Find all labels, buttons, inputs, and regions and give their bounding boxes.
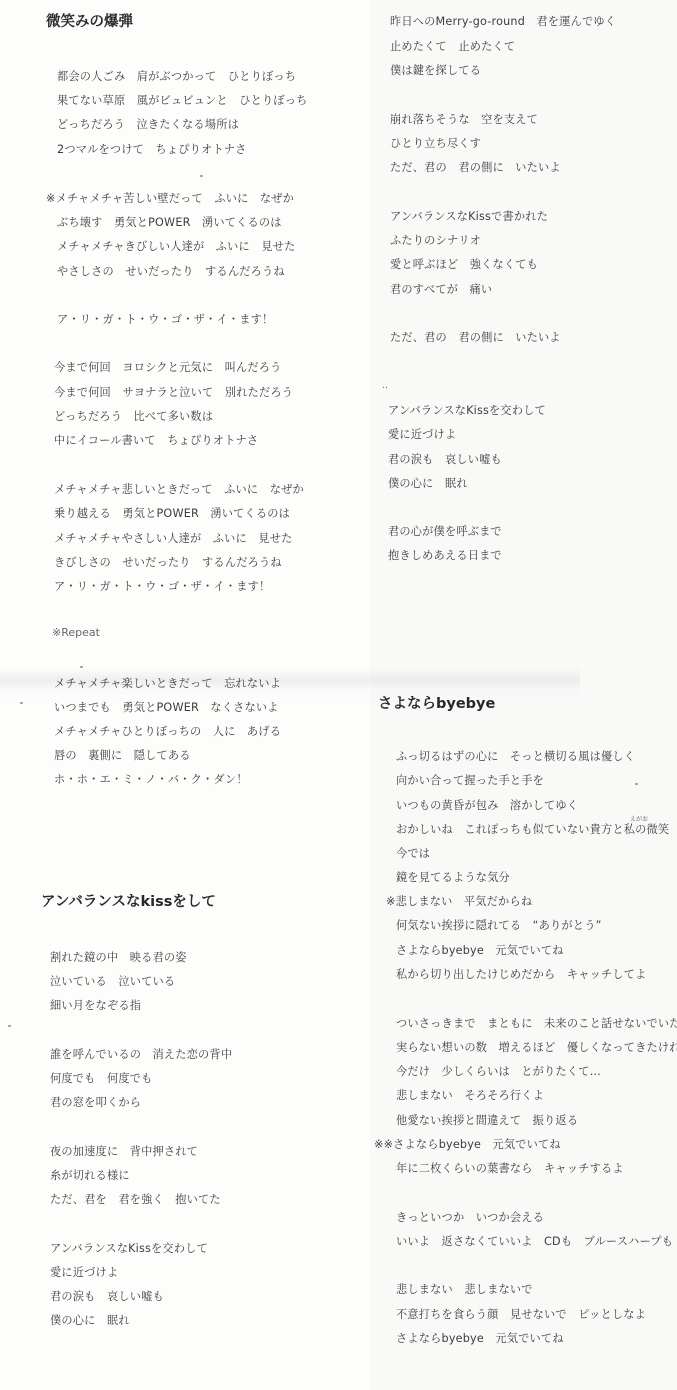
lyric-line: 君の心が僕を呼ぶまで: [388, 523, 502, 539]
lyric-line: ただ、君を 君を強く 抱いてた: [50, 1191, 221, 1207]
lyric-line-chorus-start: ※悲しまない 平気だからね: [386, 893, 532, 909]
lyric-line: 乗り越える 勇気とPOWER 湧いてくるのは: [54, 505, 290, 521]
lyric-line: 夜の加速度に 背中押されて: [50, 1143, 198, 1159]
lyric-line: ア・リ・ガ・ト・ウ・ゴ・ザ・イ・ます！: [54, 578, 270, 594]
lyric-line: 愛に近づけよ: [50, 1264, 118, 1280]
lyric-line-chorus-start: ※メチャメチャ苦しい壁だって ふいに なぜか: [46, 190, 294, 206]
lyric-line: 不意打ちを食らう顔 見せないで ピッとしなよ: [396, 1306, 646, 1322]
lyric-line: 崩れ落ちそうな 空を支えて: [390, 111, 538, 127]
lyric-line: メチャメチャ楽しいときだって 忘れないよ: [54, 675, 281, 691]
scan-speck: [200, 175, 203, 177]
lyric-line: 2つマルをつけて ちょぴりオトナさ: [57, 141, 247, 157]
song-title-sayonara-byebye: さよならbyebye: [378, 692, 495, 713]
lyric-line: 誰を呼んでいるの 消えた恋の背中: [50, 1046, 232, 1062]
lyric-line: いいよ 返さなくていいよ CDも ブルースハープも: [396, 1233, 673, 1249]
lyric-line: 糸が切れる様に: [50, 1167, 130, 1183]
lyric-line: 泣いている 泣いている: [50, 973, 175, 989]
lyric-line: 悲しまない 悲しまないで: [396, 1281, 533, 1297]
scan-speck: [80, 666, 83, 668]
lyric-line: ふたりのシナリオ: [390, 232, 481, 248]
lyric-line: 細い月をなぞる指: [50, 997, 141, 1013]
lyric-line: 向かい合って握った手と手を: [396, 772, 544, 788]
lyric-line: ただ、君の 君の側に いたいよ: [390, 159, 561, 175]
lyric-line: ホ・ホ・エ・ミ・ノ・バ・ク・ダン！: [54, 771, 248, 787]
lyric-line: 君の窓を叩くから: [50, 1094, 141, 1110]
lyric-line: ひとり立ち尽くす: [390, 135, 481, 151]
lyric-line: ついさっきまで まともに 未来のこと話せないでいた: [396, 1015, 677, 1031]
lyric-line: アンバランスなKissを交わして: [50, 1240, 208, 1256]
chorus-marker: ‥: [382, 381, 388, 391]
lyric-line: 今まで何回 サヨナラと泣いて 別れただろう: [54, 384, 293, 400]
lyric-line: やさしさの せいだったり するんだろうね: [57, 263, 285, 279]
scan-speck: [635, 783, 638, 785]
lyric-line: 愛と呼ぶほど 強くなくても: [390, 256, 538, 272]
song-title-hohoemi: 微笑みの爆弾: [46, 10, 133, 31]
song-title-unbalance-kiss: アンバランスなkissをして: [41, 890, 216, 911]
lyric-line: アンバランスなKissを交わして: [388, 402, 546, 418]
scan-speck: [8, 1025, 11, 1027]
lyric-line: どっちだろう 比べて多い数は: [54, 408, 213, 424]
repeat-marker: ※Repeat: [52, 626, 100, 639]
lyric-line: 僕の心に 眠れ: [50, 1312, 130, 1328]
lyric-line: きびしさの せいだったり するんだろうね: [54, 554, 282, 570]
lyric-line: メチャメチャひとりぼっちの 人に あげる: [54, 723, 281, 739]
lyric-line: 割れた鏡の中 映る君の姿: [50, 949, 187, 965]
lyric-line: さよならbyebye 元気でいてね: [396, 1330, 564, 1346]
lyric-line: 今では: [396, 845, 430, 861]
lyric-line: おかしいね これぽっちも似ていない貴方と私の微笑: [396, 821, 669, 837]
lyric-line: 昨日へのMerry-go-round 君を運んでゆく: [390, 13, 616, 29]
lyric-line: 私から切り出したけじめだから キャッチしてよ: [396, 966, 647, 982]
lyric-line: 僕の心に 眠れ: [388, 475, 468, 491]
lyric-line: 君の涙も 哀しい嘘も: [50, 1288, 164, 1304]
lyric-line: 実らない想いの数 増えるほど 優しくなってきたけれど: [396, 1039, 677, 1055]
lyric-line: 中にイコール書いて ちょぴりオトナさ: [54, 432, 258, 448]
lyric-line: きっといつか いつか会える: [396, 1209, 544, 1225]
lyric-line: さよならbyebye 元気でいてね: [396, 942, 564, 958]
lyric-line: 唇の 裏側に 隠してある: [54, 747, 191, 763]
lyric-line: 鏡を見てるような気分: [396, 869, 510, 885]
lyric-line: メチャメチャきびしい人達が ふいに 見せた: [57, 238, 295, 254]
lyric-line: ア・リ・ガ・ト・ウ・ゴ・ザ・イ・ます！: [57, 311, 273, 327]
lyric-line: 年に二枚くらいの葉書なら キャッチするよ: [396, 1160, 624, 1176]
lyric-line: 君の涙も 哀しい嘘も: [388, 451, 502, 467]
lyric-line: ただ、君の 君の側に いたいよ: [390, 329, 561, 345]
lyric-line: 果てない草原 風がビュビュンと ひとりぼっち: [57, 92, 308, 108]
lyric-line: 愛に近づけよ: [388, 426, 456, 442]
lyric-line: どっちだろう 泣きたくなる場所は: [57, 116, 239, 132]
lyric-line: メチャメチャ悲しいときだって ふいに なぜか: [54, 481, 304, 497]
lyric-line: いつまでも 勇気とPOWER なくさないよ: [54, 699, 279, 715]
lyric-line: 何気ない挨拶に隠れてる “ありがとう”: [396, 917, 602, 933]
lyric-line: メチャメチャやさしい人達が ふいに 見せた: [54, 530, 292, 546]
lyric-line: 止めたくて 止めたくて: [390, 38, 515, 54]
lyric-line: ふっ切るはずの心に そっと横切る風は優しく: [396, 748, 635, 764]
lyric-line: 君のすべてが 痛い: [390, 281, 492, 297]
lyric-line: いつもの黄昏が包み 溶かしてゆく: [396, 797, 578, 813]
lyric-line: 今まで何回 ヨロシクと元気に 叫んだろう: [54, 359, 282, 375]
lyric-line: 都会の人ごみ 肩がぶつかって ひとりぼっち: [57, 68, 296, 84]
lyric-line: 僕は鍵を探してる: [390, 62, 481, 78]
lyric-line: 悲しまない そろそろ行くよ: [396, 1087, 544, 1103]
lyric-line: 他愛ない挨拶と間違えて 振り返る: [396, 1112, 578, 1128]
lyric-line: 何度でも 何度でも: [50, 1070, 153, 1086]
lyric-line: 今だけ 少しくらいは とがりたくて…: [396, 1063, 601, 1079]
lyric-line-chorus2-start: ※※さよならbyebye 元気でいてね: [374, 1136, 561, 1152]
lyric-line: アンバランスなKissで書かれた: [390, 208, 548, 224]
lyric-line: 抱きしめあえる日まで: [388, 547, 502, 563]
lyric-line: ぶち壊す 勇気とPOWER 湧いてくるのは: [57, 214, 282, 230]
scan-speck: [20, 702, 23, 704]
